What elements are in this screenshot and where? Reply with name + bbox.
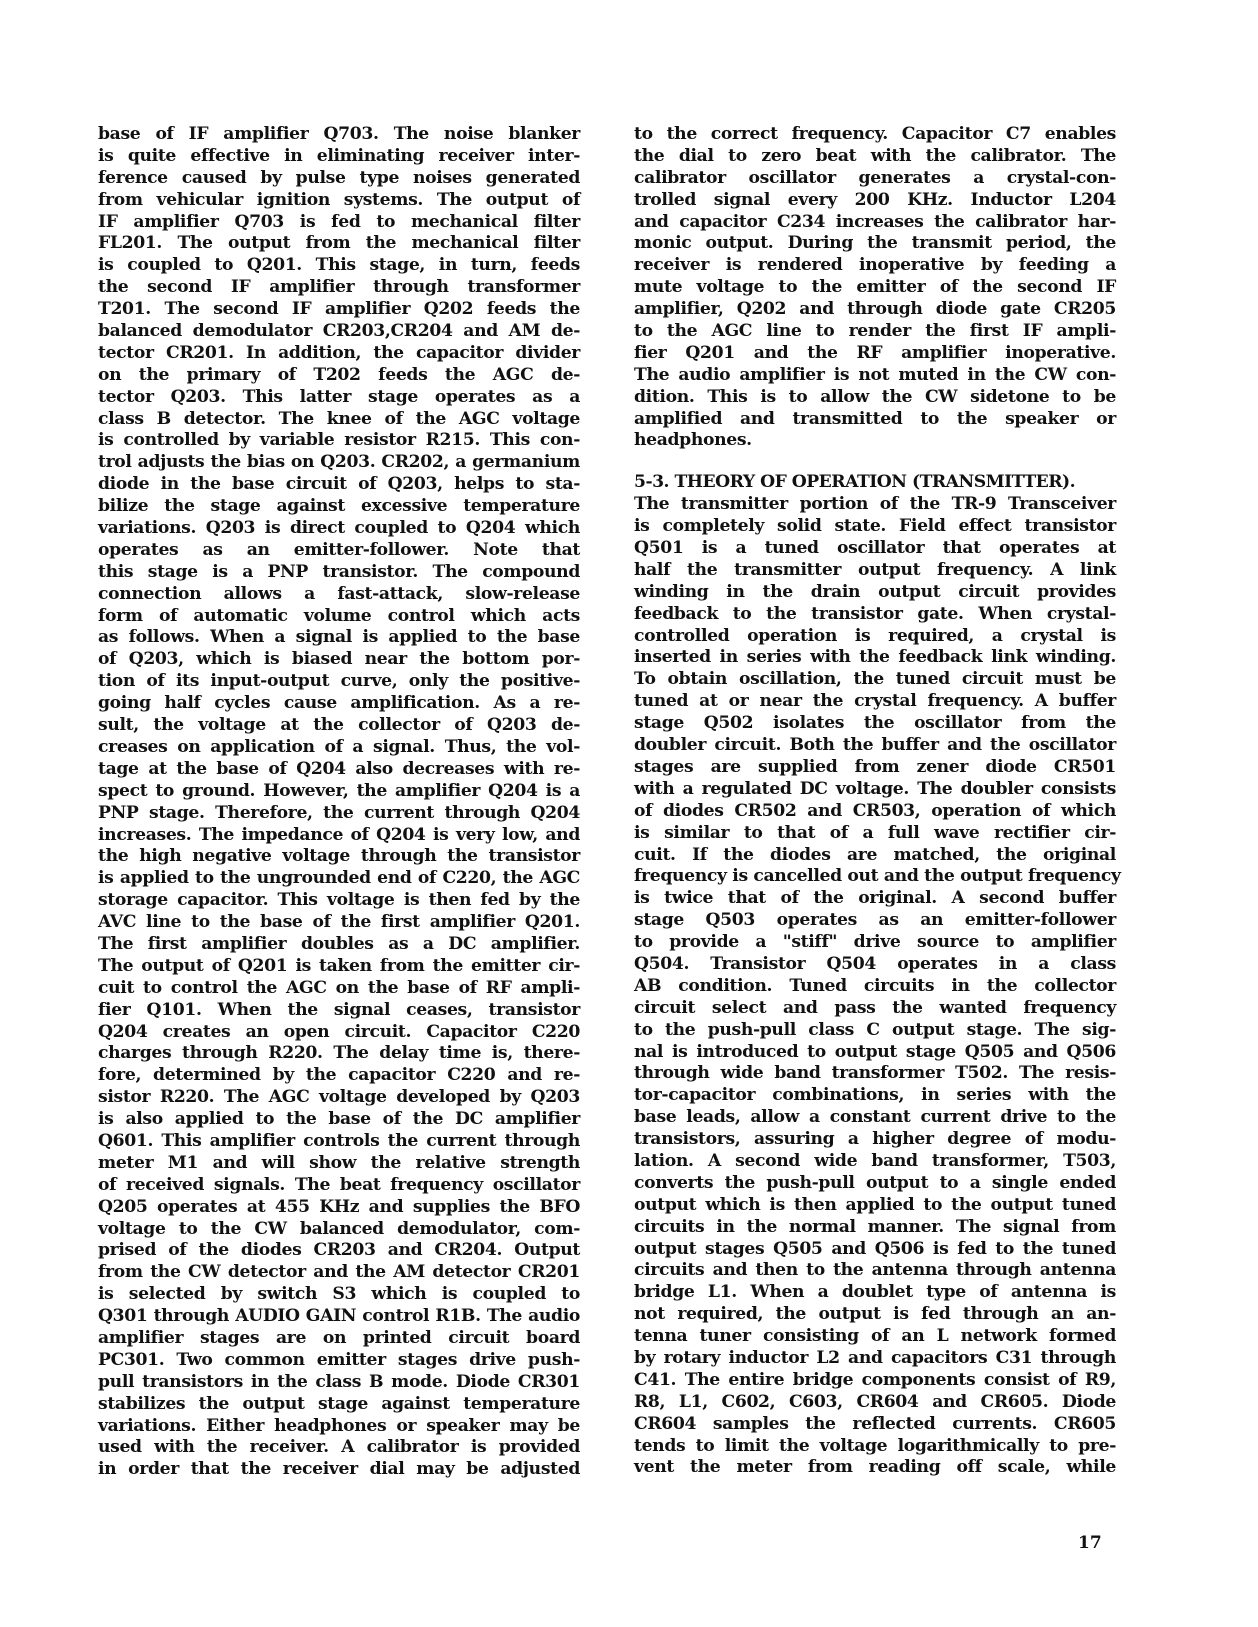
text-line: to the AGC line to render the first IF a…: [634, 321, 1116, 343]
text-line: tenna tuner consisting of an L network f…: [634, 1326, 1116, 1348]
text-line: form of automatic volume control which a…: [98, 606, 580, 628]
text-line: headphones.: [634, 430, 1116, 452]
text-line: output stages Q505 and Q506 is fed to th…: [634, 1239, 1116, 1261]
text-line: doubler circuit. Both the buffer and the…: [634, 735, 1116, 757]
right-column: to the correct frequency. Capacitor C7 e…: [634, 124, 1116, 1479]
text-line: bridge L1. When a doublet type of antenn…: [634, 1282, 1116, 1304]
text-line: class B detector. The knee of the AGC vo…: [98, 409, 580, 431]
text-line: trolled signal every 200 KHz. Inductor L…: [634, 190, 1116, 212]
text-line: Q204 creates an open circuit. Capacitor …: [98, 1022, 580, 1044]
text-line: variations. Q203 is direct coupled to Q2…: [98, 518, 580, 540]
text-line: output which is then applied to the outp…: [634, 1195, 1116, 1217]
text-line: amplified and transmitted to the speaker…: [634, 409, 1116, 431]
text-line: Q601. This amplifier controls the curren…: [98, 1131, 580, 1153]
text-line: stage Q502 isolates the oscillator from …: [634, 713, 1116, 735]
text-line: is quite effective in eliminating receiv…: [98, 146, 580, 168]
text-line: feedback to the transistor gate. When cr…: [634, 604, 1116, 626]
text-line: spect to ground. However, the amplifier …: [98, 781, 580, 803]
section-heading: 5-3. THEORY OF OPERATION (TRANSMITTER).: [634, 472, 1116, 494]
text-line: trol adjusts the bias on Q203. CR202, a …: [98, 452, 580, 474]
page-number: 17: [1078, 1533, 1102, 1553]
text-line: from vehicular ignition systems. The out…: [98, 190, 580, 212]
text-line: diode in the base circuit of Q203, helps…: [98, 474, 580, 496]
text-line: and capacitor C234 increases the calibra…: [634, 212, 1116, 234]
text-line: C41. The entire bridge components consis…: [634, 1370, 1116, 1392]
text-line: vent the meter from reading off scale, w…: [634, 1457, 1116, 1479]
text-line: The audio amplifier is not muted in the …: [634, 365, 1116, 387]
text-line: tends to limit the voltage logarithmical…: [634, 1436, 1116, 1458]
text-line: charges through R220. The delay time is,…: [98, 1043, 580, 1065]
text-line: is coupled to Q201. This stage, in turn,…: [98, 255, 580, 277]
text-line: base leads, allow a constant current dri…: [634, 1107, 1116, 1129]
text-line: meter M1 and will show the relative stre…: [98, 1153, 580, 1175]
text-line: transistors, assuring a higher degree of…: [634, 1129, 1116, 1151]
text-line: IF amplifier Q703 is fed to mechanical f…: [98, 212, 580, 234]
text-line: To obtain oscillation, the tuned circuit…: [634, 669, 1116, 691]
paragraph-receiver-continuation: to the correct frequency. Capacitor C7 e…: [634, 124, 1116, 452]
text-line: this stage is a PNP transistor. The comp…: [98, 562, 580, 584]
text-line: The transmitter portion of the TR-9 Tran…: [634, 494, 1116, 516]
text-line: cuit to control the AGC on the base of R…: [98, 978, 580, 1000]
text-line: amplifier stages are on printed circuit …: [98, 1328, 580, 1350]
text-line: circuits and then to the antenna through…: [634, 1260, 1116, 1282]
text-line: cuit. If the diodes are matched, the ori…: [634, 845, 1116, 867]
text-line: the dial to zero beat with the calibrato…: [634, 146, 1116, 168]
text-line: The first amplifier doubles as a DC ampl…: [98, 934, 580, 956]
text-line: R8, L1, C602, C603, CR604 and CR605. Dio…: [634, 1392, 1116, 1414]
text-line: variations. Either headphones or speaker…: [98, 1416, 580, 1438]
text-line: tector Q203. This latter stage operates …: [98, 387, 580, 409]
text-line: sult, the voltage at the collector of Q2…: [98, 715, 580, 737]
text-line: tuned at or near the crystal frequency. …: [634, 691, 1116, 713]
text-line: AVC line to the base of the first amplif…: [98, 912, 580, 934]
text-line: balanced demodulator CR203,CR204 and AM …: [98, 321, 580, 343]
text-line: not required, the output is fed through …: [634, 1304, 1116, 1326]
text-line: as follows. When a signal is applied to …: [98, 627, 580, 649]
text-line: of diodes CR502 and CR503, operation of …: [634, 801, 1116, 823]
text-line: monic output. During the transmit period…: [634, 233, 1116, 255]
text-line: by rotary inductor L2 and capacitors C31…: [634, 1348, 1116, 1370]
text-line: stabilizes the output stage against temp…: [98, 1394, 580, 1416]
text-line: used with the receiver. A calibrator is …: [98, 1437, 580, 1459]
text-line: going half cycles cause amplification. A…: [98, 693, 580, 715]
text-line: nal is introduced to output stage Q505 a…: [634, 1042, 1116, 1064]
document-page: base of IF amplifier Q703. The noise bla…: [0, 0, 1258, 1627]
text-line: in order that the receiver dial may be a…: [98, 1459, 580, 1481]
text-line: bilize the stage against excessive tempe…: [98, 496, 580, 518]
text-line: controlled operation is required, a crys…: [634, 626, 1116, 648]
text-line: PC301. Two common emitter stages drive p…: [98, 1350, 580, 1372]
text-line: frequency is cancelled out and the outpu…: [634, 866, 1116, 888]
text-line: T201. The second IF amplifier Q202 feeds…: [98, 299, 580, 321]
text-line: PNP stage. Therefore, the current throug…: [98, 803, 580, 825]
text-line: sistor R220. The AGC voltage developed b…: [98, 1087, 580, 1109]
text-line: operates as an emitter-follower. Note th…: [98, 540, 580, 562]
text-line: calibrator oscillator generates a crysta…: [634, 168, 1116, 190]
text-line: ference caused by pulse type noises gene…: [98, 168, 580, 190]
text-line: to the correct frequency. Capacitor C7 e…: [634, 124, 1116, 146]
text-line: is similar to that of a full wave rectif…: [634, 823, 1116, 845]
text-line: base of IF amplifier Q703. The noise bla…: [98, 124, 580, 146]
text-line: connection allows a fast-attack, slow-re…: [98, 584, 580, 606]
text-line: is controlled by variable resistor R215.…: [98, 430, 580, 452]
text-line: converts the push-pull output to a singl…: [634, 1173, 1116, 1195]
text-line: mute voltage to the emitter of the secon…: [634, 277, 1116, 299]
text-line: Q501 is a tuned oscillator that operates…: [634, 538, 1116, 560]
text-line: circuit select and pass the wanted frequ…: [634, 998, 1116, 1020]
text-line: stages are supplied from zener diode CR5…: [634, 757, 1116, 779]
paragraph-gap: [634, 452, 1116, 472]
text-line: FL201. The output from the mechanical fi…: [98, 233, 580, 255]
text-line: tion of its input-output curve, only the…: [98, 671, 580, 693]
text-line: dition. This is to allow the CW sidetone…: [634, 387, 1116, 409]
text-line: tor-capacitor combinations, in series wi…: [634, 1085, 1116, 1107]
paragraph-transmitter-theory: The transmitter portion of the TR-9 Tran…: [634, 494, 1116, 1479]
text-line: tage at the base of Q204 also decreases …: [98, 759, 580, 781]
text-line: on the primary of T202 feeds the AGC de-: [98, 365, 580, 387]
text-line: storage capacitor. This voltage is then …: [98, 890, 580, 912]
text-line: stage Q503 operates as an emitter-follow…: [634, 910, 1116, 932]
text-line: Q205 operates at 455 KHz and supplies th…: [98, 1197, 580, 1219]
text-line: of received signals. The beat frequency …: [98, 1175, 580, 1197]
text-line: half the transmitter output frequency. A…: [634, 560, 1116, 582]
text-line: to provide a "stiff" drive source to amp…: [634, 932, 1116, 954]
text-line: receiver is rendered inoperative by feed…: [634, 255, 1116, 277]
text-line: pull transistors in the class B mode. Di…: [98, 1372, 580, 1394]
text-line: winding in the drain output circuit prov…: [634, 582, 1116, 604]
text-line: is applied to the ungrounded end of C220…: [98, 868, 580, 890]
text-line: creases on application of a signal. Thus…: [98, 737, 580, 759]
text-line: is completely solid state. Field effect …: [634, 516, 1116, 538]
text-line: with a regulated DC voltage. The doubler…: [634, 779, 1116, 801]
text-line: the high negative voltage through the tr…: [98, 846, 580, 868]
text-line: is selected by switch S3 which is couple…: [98, 1284, 580, 1306]
text-line: the second IF amplifier through transfor…: [98, 277, 580, 299]
text-line: The output of Q201 is taken from the emi…: [98, 956, 580, 978]
left-column: base of IF amplifier Q703. The noise bla…: [98, 124, 580, 1481]
text-line: fore, determined by the capacitor C220 a…: [98, 1065, 580, 1087]
text-line: through wide band transformer T502. The …: [634, 1063, 1116, 1085]
text-line: voltage to the CW balanced demodulator, …: [98, 1219, 580, 1241]
text-line: is twice that of the original. A second …: [634, 888, 1116, 910]
text-line: fier Q101. When the signal ceases, trans…: [98, 1000, 580, 1022]
text-line: tector CR201. In addition, the capacitor…: [98, 343, 580, 365]
text-line: is also applied to the base of the DC am…: [98, 1109, 580, 1131]
text-line: increases. The impedance of Q204 is very…: [98, 825, 580, 847]
text-line: Q301 through AUDIO GAIN control R1B. The…: [98, 1306, 580, 1328]
text-line: prised of the diodes CR203 and CR204. Ou…: [98, 1240, 580, 1262]
text-line: circuits in the normal manner. The signa…: [634, 1217, 1116, 1239]
text-line: AB condition. Tuned circuits in the coll…: [634, 976, 1116, 998]
text-line: inserted in series with the feedback lin…: [634, 647, 1116, 669]
text-line: CR604 samples the reflected currents. CR…: [634, 1414, 1116, 1436]
text-line: to the push-pull class C output stage. T…: [634, 1020, 1116, 1042]
text-line: lation. A second wide band transformer, …: [634, 1151, 1116, 1173]
text-line: of Q203, which is biased near the bottom…: [98, 649, 580, 671]
text-line: Q504. Transistor Q504 operates in a clas…: [634, 954, 1116, 976]
text-line: amplifier, Q202 and through diode gate C…: [634, 299, 1116, 321]
text-line: from the CW detector and the AM detector…: [98, 1262, 580, 1284]
text-line: fier Q201 and the RF amplifier inoperati…: [634, 343, 1116, 365]
